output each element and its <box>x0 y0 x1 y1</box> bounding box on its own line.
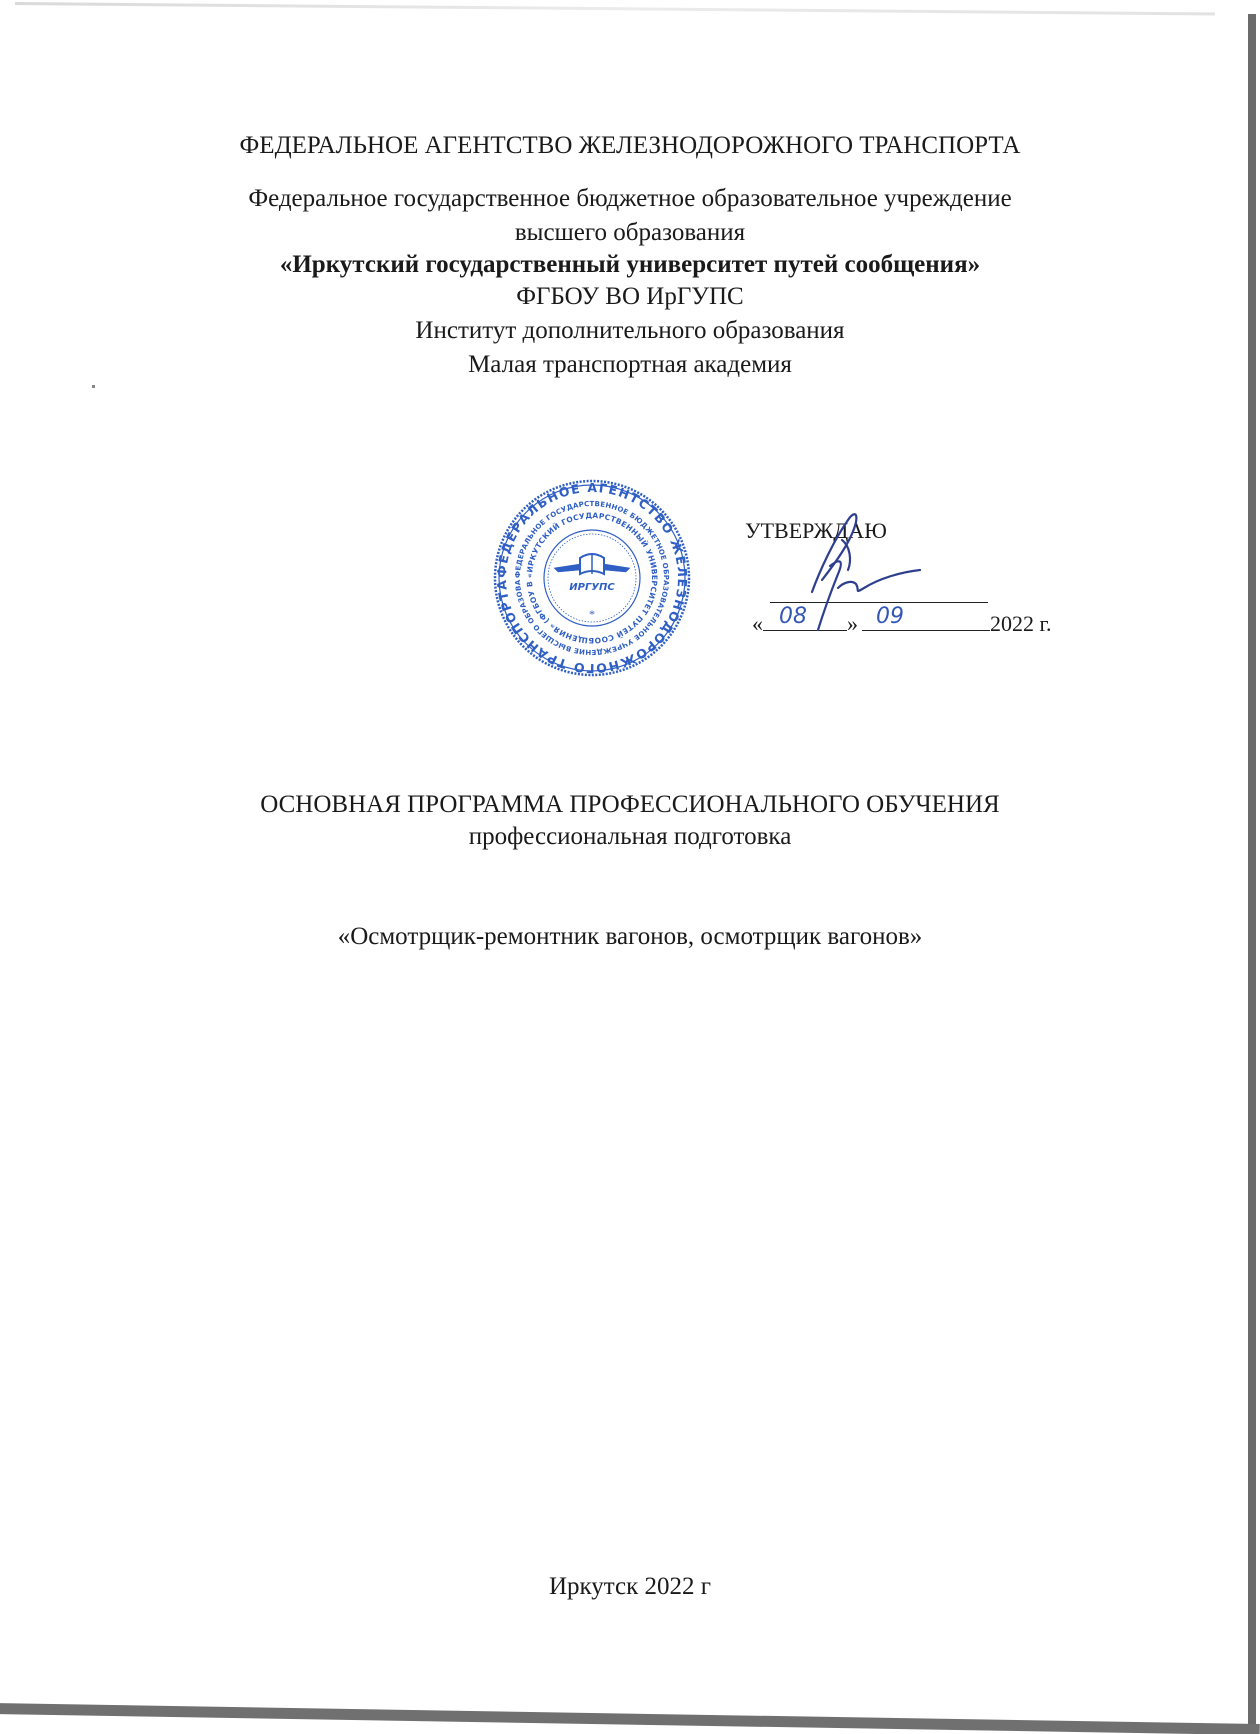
date-year: 2022 г. <box>990 611 1052 636</box>
institution-line-1: Федеральное государственное бюджетное об… <box>0 184 1260 214</box>
university-abbreviation: ФГБОУ ВО ИрГУПС <box>0 282 1260 312</box>
institute-name: Институт дополнительного образования <box>0 316 1260 346</box>
scan-speck <box>92 385 95 388</box>
scan-edge-bottom <box>0 1703 1260 1734</box>
handwritten-signature <box>790 500 940 635</box>
program-title: ОСНОВНАЯ ПРОГРАММА ПРОФЕССИОНАЛЬНОГО ОБУ… <box>0 790 1260 820</box>
svg-text:ИРГУПС: ИРГУПС <box>569 582 615 593</box>
institution-line-2: высшего образования <box>0 218 1260 248</box>
footer-city-year: Иркутск 2022 г <box>0 1572 1260 1602</box>
program-subtitle: профессиональная подготовка <box>0 822 1260 852</box>
official-stamp: ФЕДЕРАЛЬНОЕ АГЕНТСТВО ЖЕЛЕЗНОДОРОЖНОГО Т… <box>492 478 692 678</box>
academy-name: Малая транспортная академия <box>0 350 1260 380</box>
program-name: «Осмотрщик-ремонтник вагонов, осмотрщик … <box>0 922 1260 952</box>
date-open-quote: « <box>752 611 763 636</box>
scan-edge-top <box>15 2 1215 15</box>
agency-heading: ФЕДЕРАЛЬНОЕ АГЕНТСТВО ЖЕЛЕЗНОДОРОЖНОГО Т… <box>0 131 1260 161</box>
svg-text:*: * <box>589 607 595 621</box>
university-name: «Иркутский государственный университет п… <box>0 250 1260 280</box>
